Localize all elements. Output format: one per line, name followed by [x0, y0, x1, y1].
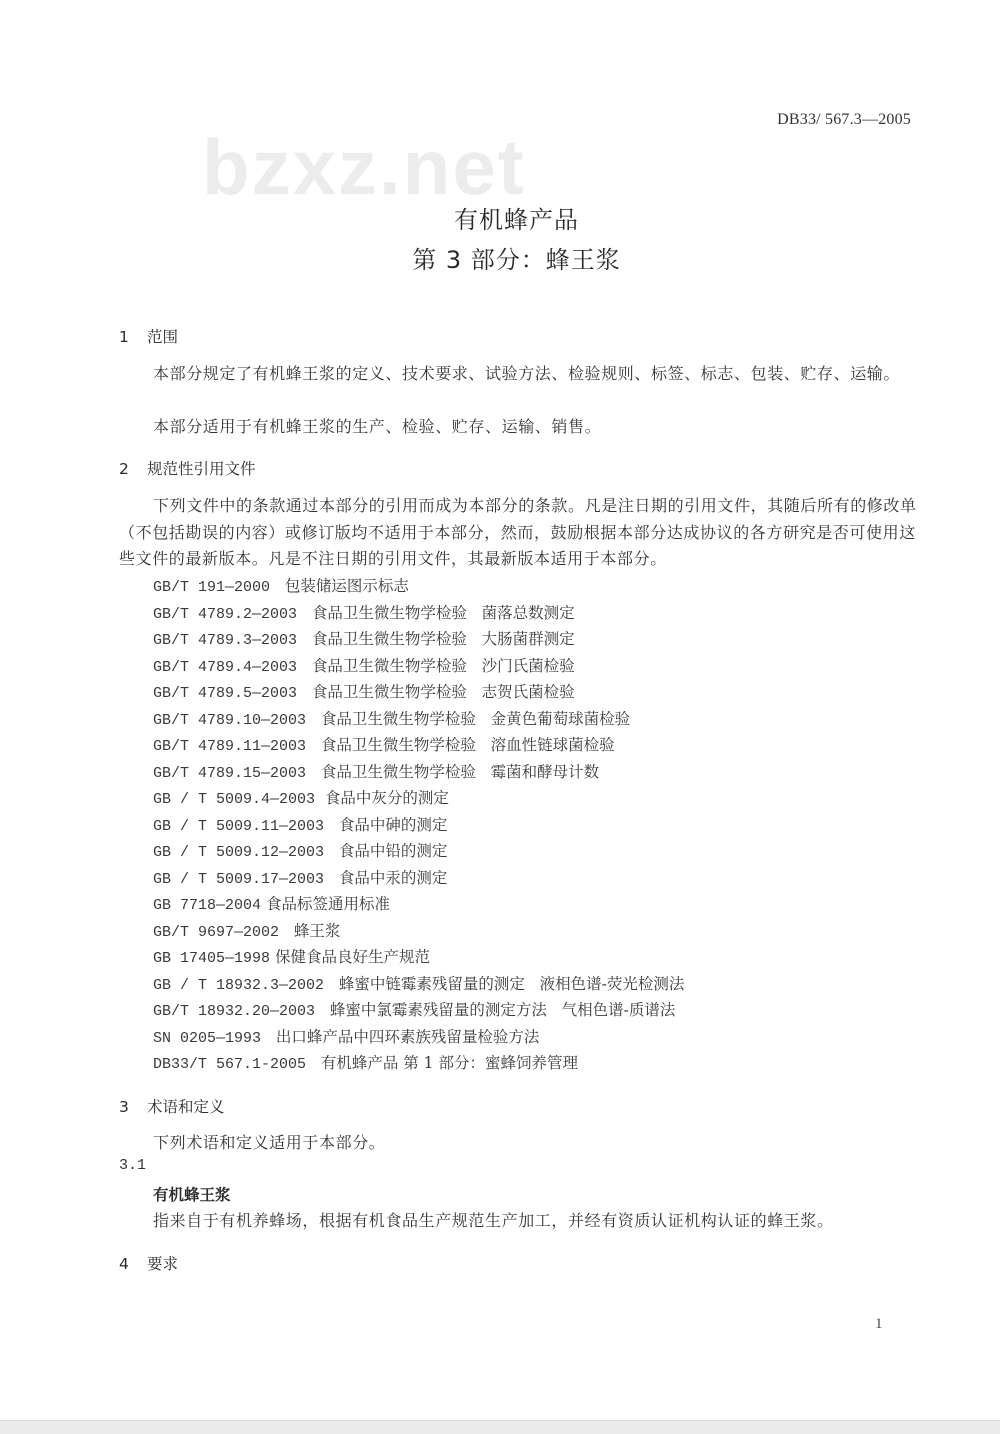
references-intro: 下列文件中的条款通过本部分的引用而成为本部分的条款。凡是注日期的引用文件，其随后… [119, 493, 919, 573]
reference-item: GB/T 4789.10—2003 食品卫生微生物学检验 金黄色葡萄球菌检验 [153, 706, 684, 733]
document-title: 有机蜂产品 [0, 200, 1000, 235]
section-heading-normative-references: 2规范性引用文件 [119, 457, 256, 479]
reference-item: GB 7718—2004 食品标签通用标准 [153, 891, 684, 918]
reference-item: GB/T 4789.11—2003 食品卫生微生物学检验 溶血性链球菌检验 [153, 732, 684, 759]
section-heading-scope: 1范围 [119, 325, 178, 347]
reference-item: GB / T 5009.17—2003 食品中汞的测定 [153, 865, 684, 892]
document-subtitle: 第 3 部分：蜂王浆 [0, 240, 1000, 275]
section-heading-terms-definitions: 3术语和定义 [119, 1095, 225, 1117]
term-name: 有机蜂王浆 [153, 1183, 231, 1205]
section-title: 范围 [147, 328, 178, 346]
reference-item: GB/T 4789.3—2003 食品卫生微生物学检验 大肠菌群测定 [153, 626, 684, 653]
document-code: DB33/ 567.3—2005 [777, 111, 911, 129]
viewer-bottom-edge [0, 1420, 1000, 1434]
section-title: 术语和定义 [147, 1098, 225, 1116]
reference-list: GB/T 191—2000 包装储运图示标志 GB/T 4789.2—2003 … [153, 573, 684, 1077]
paragraph-text: 下列术语和定义适用于本部分。 [153, 1133, 385, 1152]
reference-item: DB33/T 567.1-2005 有机蜂产品 第 1 部分：蜜蜂饲养管理 [153, 1050, 684, 1077]
reference-item: GB/T 191—2000 包装储运图示标志 [153, 573, 684, 600]
page-number: 1 [875, 1316, 883, 1333]
paragraph-text: 下列文件中的条款通过本部分的引用而成为本部分的条款。凡是注日期的引用文件，其随后… [119, 496, 917, 568]
reference-item: GB/T 4789.5—2003 食品卫生微生物学检验 志贺氏菌检验 [153, 679, 684, 706]
reference-item: GB / T 5009.4—2003 食品中灰分的测定 [153, 785, 684, 812]
reference-item: GB / T 18932.3—2002 蜂蜜中链霉素残留量的测定 液相色谱-荧光… [153, 971, 684, 998]
section-number: 2 [119, 460, 147, 478]
term-definition: 指来自于有机养蜂场，根据有机食品生产规范生产加工，并经有资质认证机构认证的蜂王浆… [153, 1208, 834, 1231]
section-number: 3 [119, 1098, 147, 1116]
paragraph-text: 本部分适用于有机蜂王浆的生产、检验、贮存、运输、销售。 [153, 417, 601, 436]
section-number: 1 [119, 328, 147, 346]
scope-paragraph-2: 本部分适用于有机蜂王浆的生产、检验、贮存、运输、销售。 [119, 414, 919, 441]
section-heading-requirements: 4要求 [119, 1252, 178, 1274]
section-number: 4 [119, 1255, 147, 1273]
reference-item: GB/T 4789.4—2003 食品卫生微生物学检验 沙门氏菌检验 [153, 653, 684, 680]
watermark: bzxz.net [202, 128, 526, 206]
reference-item: GB 17405—1998 保健食品良好生产规范 [153, 944, 684, 971]
reference-item: GB / T 5009.12—2003 食品中铅的测定 [153, 838, 684, 865]
reference-item: GB/T 9697—2002 蜂王浆 [153, 918, 684, 945]
terms-intro: 下列术语和定义适用于本部分。 [119, 1130, 919, 1157]
reference-item: GB / T 5009.11—2003 食品中砷的测定 [153, 812, 684, 839]
reference-item: GB/T 4789.15—2003 食品卫生微生物学检验 霉菌和酵母计数 [153, 759, 684, 786]
section-title: 规范性引用文件 [147, 460, 256, 478]
term-number: 3.1 [119, 1157, 146, 1174]
section-title: 要求 [147, 1255, 178, 1273]
reference-item: GB/T 4789.2—2003 食品卫生微生物学检验 菌落总数测定 [153, 600, 684, 627]
paragraph-text: 本部分规定了有机蜂王浆的定义、技术要求、试验方法、检验规则、标签、标志、包装、贮… [153, 364, 900, 383]
reference-item: SN 0205—1993 出口蜂产品中四环素族残留量检验方法 [153, 1024, 684, 1051]
reference-item: GB/T 18932.20—2003 蜂蜜中氯霉素残留量的测定方法 气相色谱-质… [153, 997, 684, 1024]
document-page: bzxz.net DB33/ 567.3—2005 有机蜂产品 第 3 部分：蜂… [0, 0, 1000, 1420]
scope-paragraph-1: 本部分规定了有机蜂王浆的定义、技术要求、试验方法、检验规则、标签、标志、包装、贮… [119, 361, 919, 388]
